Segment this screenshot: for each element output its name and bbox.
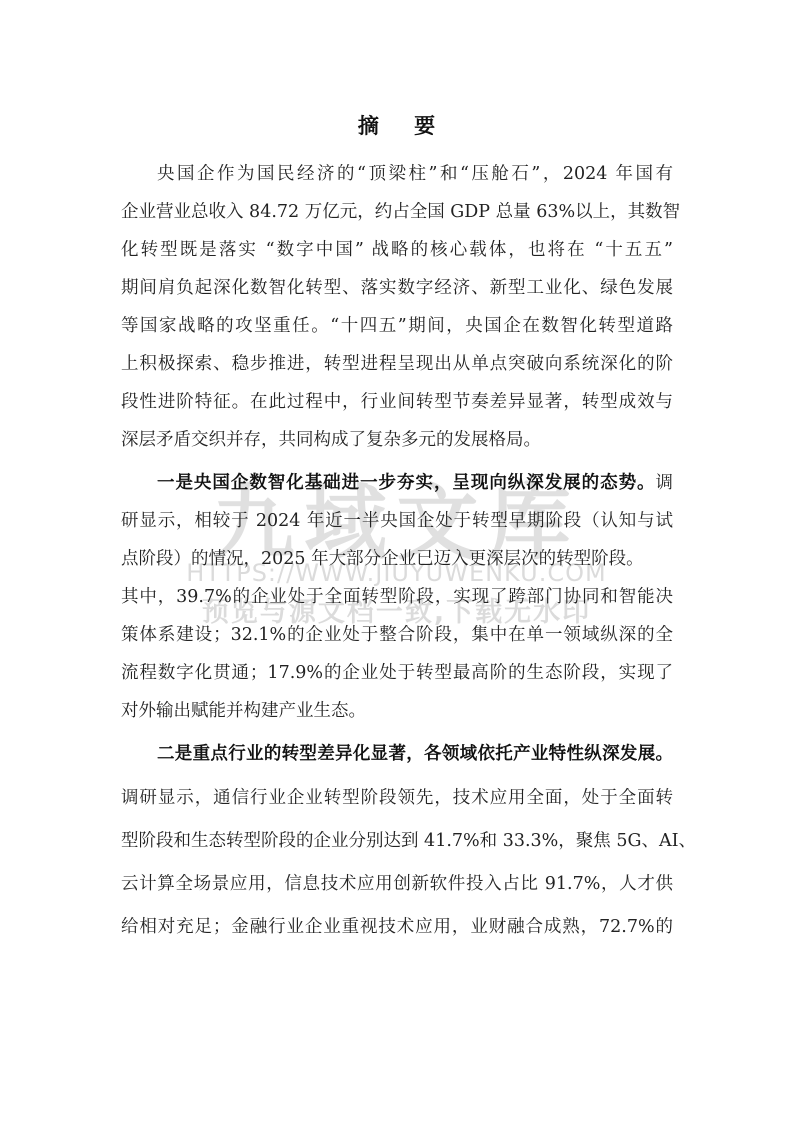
paragraph-3-line-4: 云计算全场景应用，信息技术应用创新软件投入占比 91.7%，人才供 bbox=[121, 872, 673, 896]
paragraph-2-line-3: 点阶段）的情况，2025 年大部分企业已迈入更深层次的转型阶段。 bbox=[121, 547, 673, 571]
paragraph-1-line-6: 上积极探索、稳步推进，转型进程呈现出从单点突破向系统深化的阶 bbox=[121, 352, 673, 376]
paragraph-2-line-4: 其中，39.7%的企业处于全面转型阶段，实现了跨部门协同和智能决 bbox=[121, 585, 673, 609]
paragraph-2-line-6: 流程数字化贯通；17.9%的企业处于转型最高阶的生态阶段，实现了 bbox=[121, 661, 673, 685]
paragraph-3-line-2: 调研显示，通信行业企业转型阶段领先，技术应用全面，处于全面转 bbox=[121, 786, 673, 810]
paragraph-3-lead-heading: 二是重点行业的转型差异化显著，各领域依托产业特性纵深发展。 bbox=[157, 742, 673, 766]
paragraph-1-line-4: 期间肩负起深化数智化转型、落实数字经济、新型工业化、绿色发展 bbox=[121, 276, 673, 300]
document-body: 摘 要 央国企作为国民经济的“顶梁柱”和“压舱石”，2024 年国有 企业营业总… bbox=[0, 0, 793, 1122]
paragraph-1-line-5: 等国家战略的攻坚重任。“十四五”期间，央国企在数智化转型道路 bbox=[121, 314, 673, 338]
document-page: 九域文库 HTTPS://WWW.JIUYUWENKU.COM 预览与源文档一致… bbox=[0, 0, 793, 1122]
paragraph-1-line-3: 化转型既是落实 “数字中国” 战略的核心载体，也将在 “十五五” bbox=[121, 238, 673, 262]
paragraph-3-line-3: 型阶段和生态转型阶段的企业分别达到 41.7%和 33.3%，聚焦 5G、AI、 bbox=[121, 829, 673, 853]
paragraph-1-line-1: 央国企作为国民经济的“顶梁柱”和“压舱石”，2024 年国有 bbox=[157, 162, 673, 186]
paragraph-2-lead-heading: 一是央国企数智化基础进一步夯实，呈现向纵深发展的态势。 bbox=[157, 473, 656, 493]
paragraph-3-line-5: 给相对充足；金融行业企业重视技术应用，业财融合成熟，72.7%的 bbox=[121, 915, 673, 939]
paragraph-2-line-2: 研显示，相较于 2024 年近一半央国企处于转型早期阶段（认知与试 bbox=[121, 509, 673, 533]
page-title: 摘 要 bbox=[0, 110, 793, 140]
paragraph-2-line-5: 策体系建设；32.1%的企业处于整合阶段，集中在单一领域纵深的全 bbox=[121, 623, 673, 647]
paragraph-2-line-1: 一是央国企数智化基础进一步夯实，呈现向纵深发展的态势。调 bbox=[157, 471, 673, 495]
paragraph-1-line-2: 企业营业总收入 84.72 万亿元，约占全国 GDP 总量 63%以上，其数智 bbox=[121, 200, 673, 224]
paragraph-2-line-1-rest: 调 bbox=[656, 473, 674, 493]
paragraph-1-line-8: 深层矛盾交织并存，共同构成了复杂多元的发展格局。 bbox=[121, 428, 673, 452]
paragraph-1-line-7: 段性进阶特征。在此过程中，行业间转型节奏差异显著，转型成效与 bbox=[121, 390, 673, 414]
paragraph-2-line-7: 对外输出赋能并构建产业生态。 bbox=[121, 699, 673, 723]
